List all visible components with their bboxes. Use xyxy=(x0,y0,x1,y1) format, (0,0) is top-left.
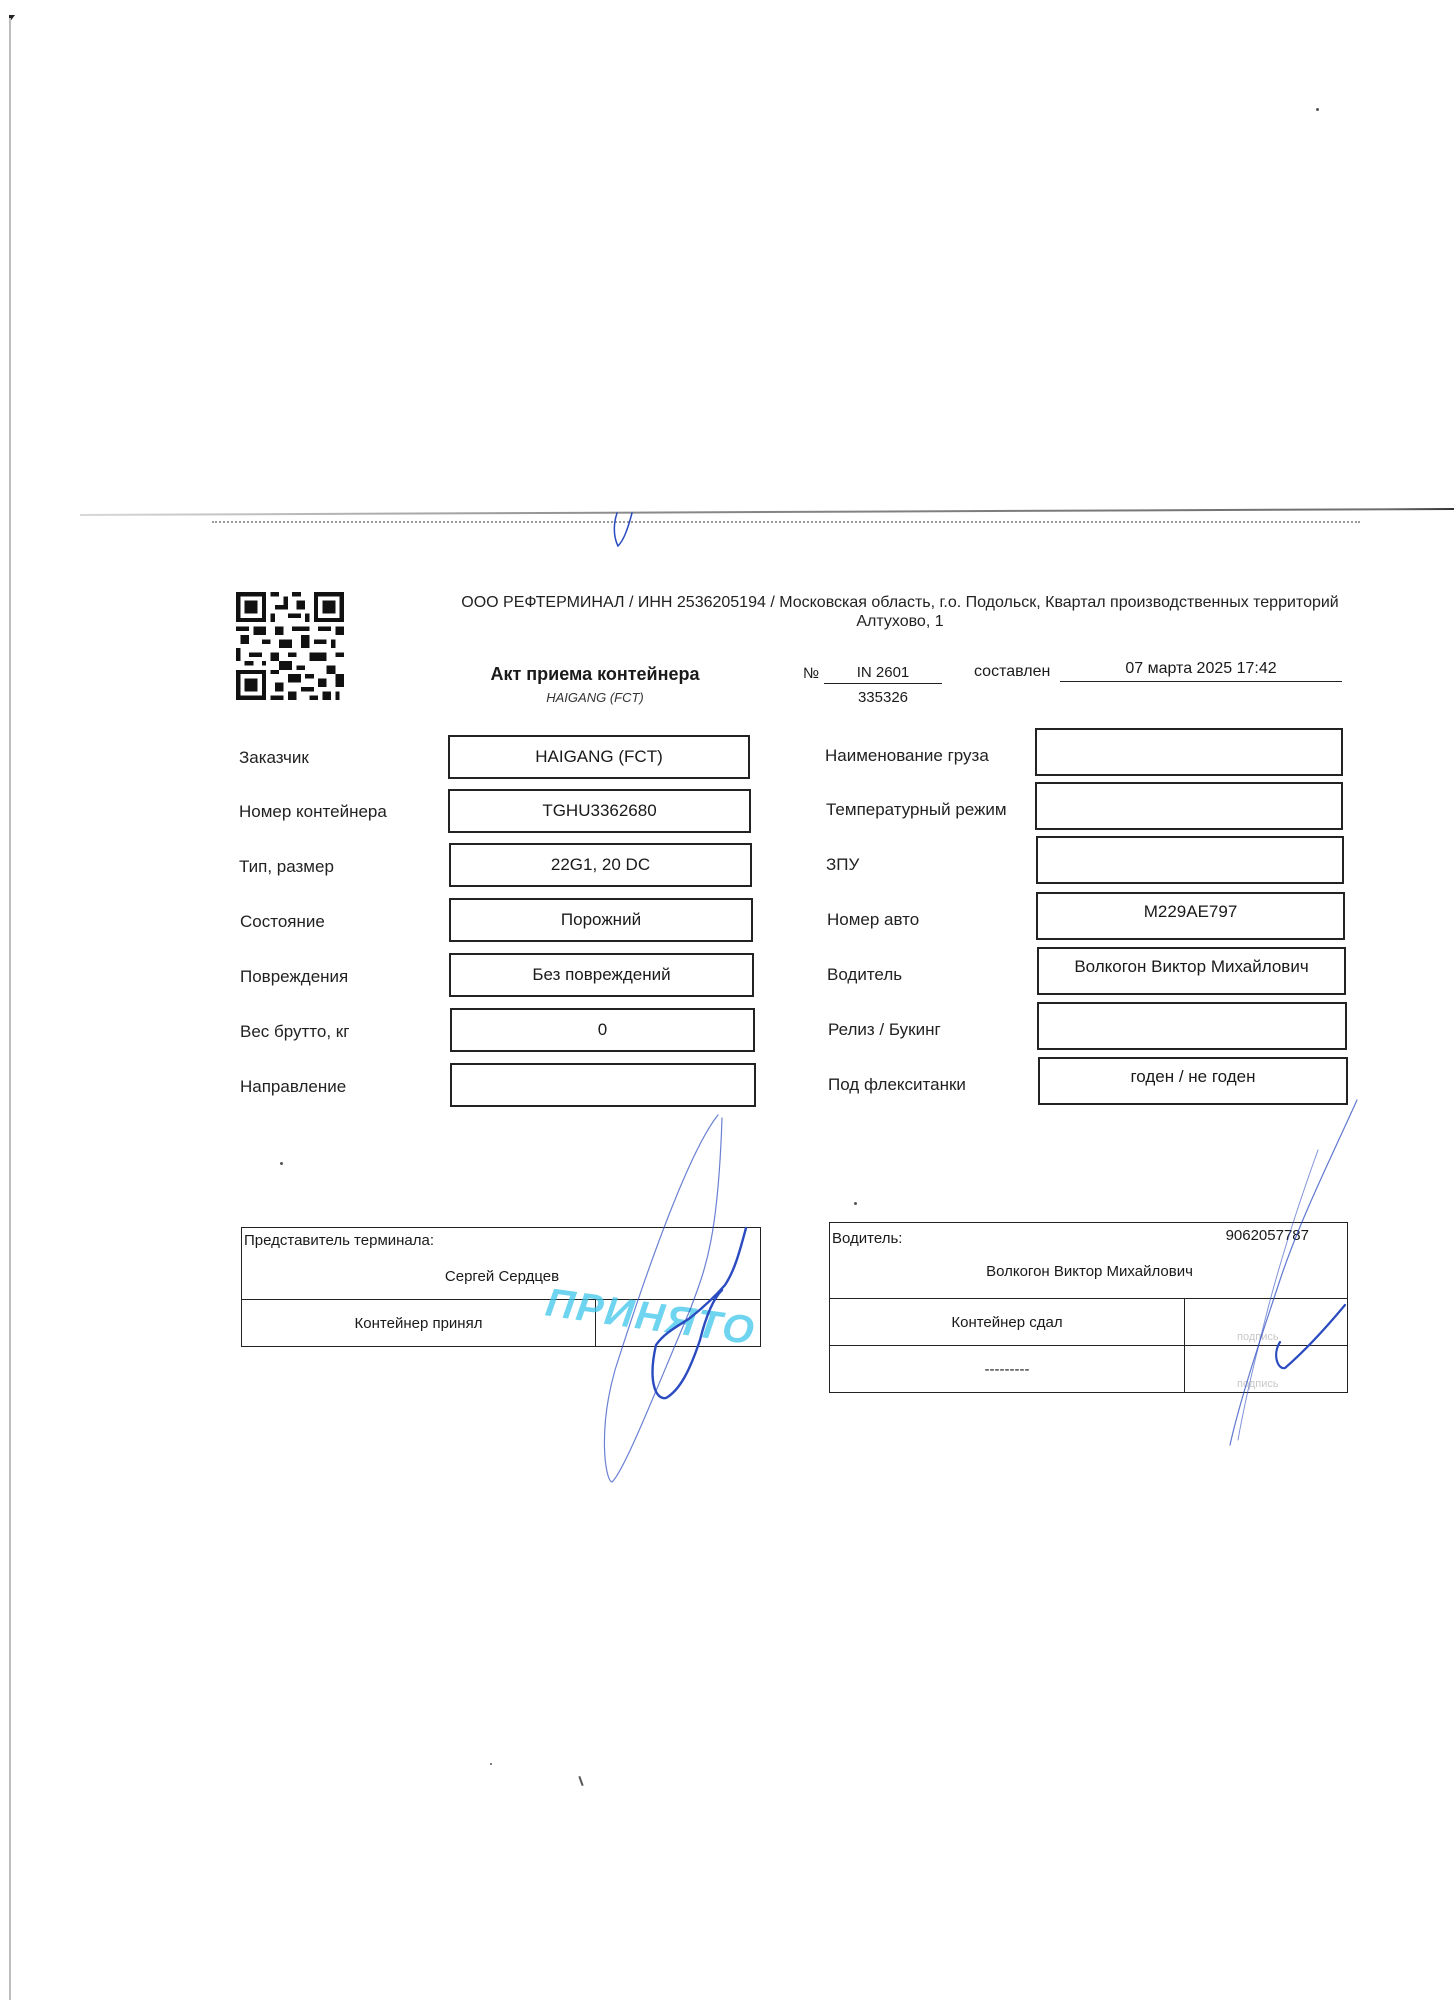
scan-speck xyxy=(280,1162,283,1165)
handwritten-signatures xyxy=(0,0,1454,2000)
scan-speck xyxy=(1316,108,1319,111)
scan-speck xyxy=(490,1763,492,1765)
scan-speck xyxy=(854,1202,857,1205)
